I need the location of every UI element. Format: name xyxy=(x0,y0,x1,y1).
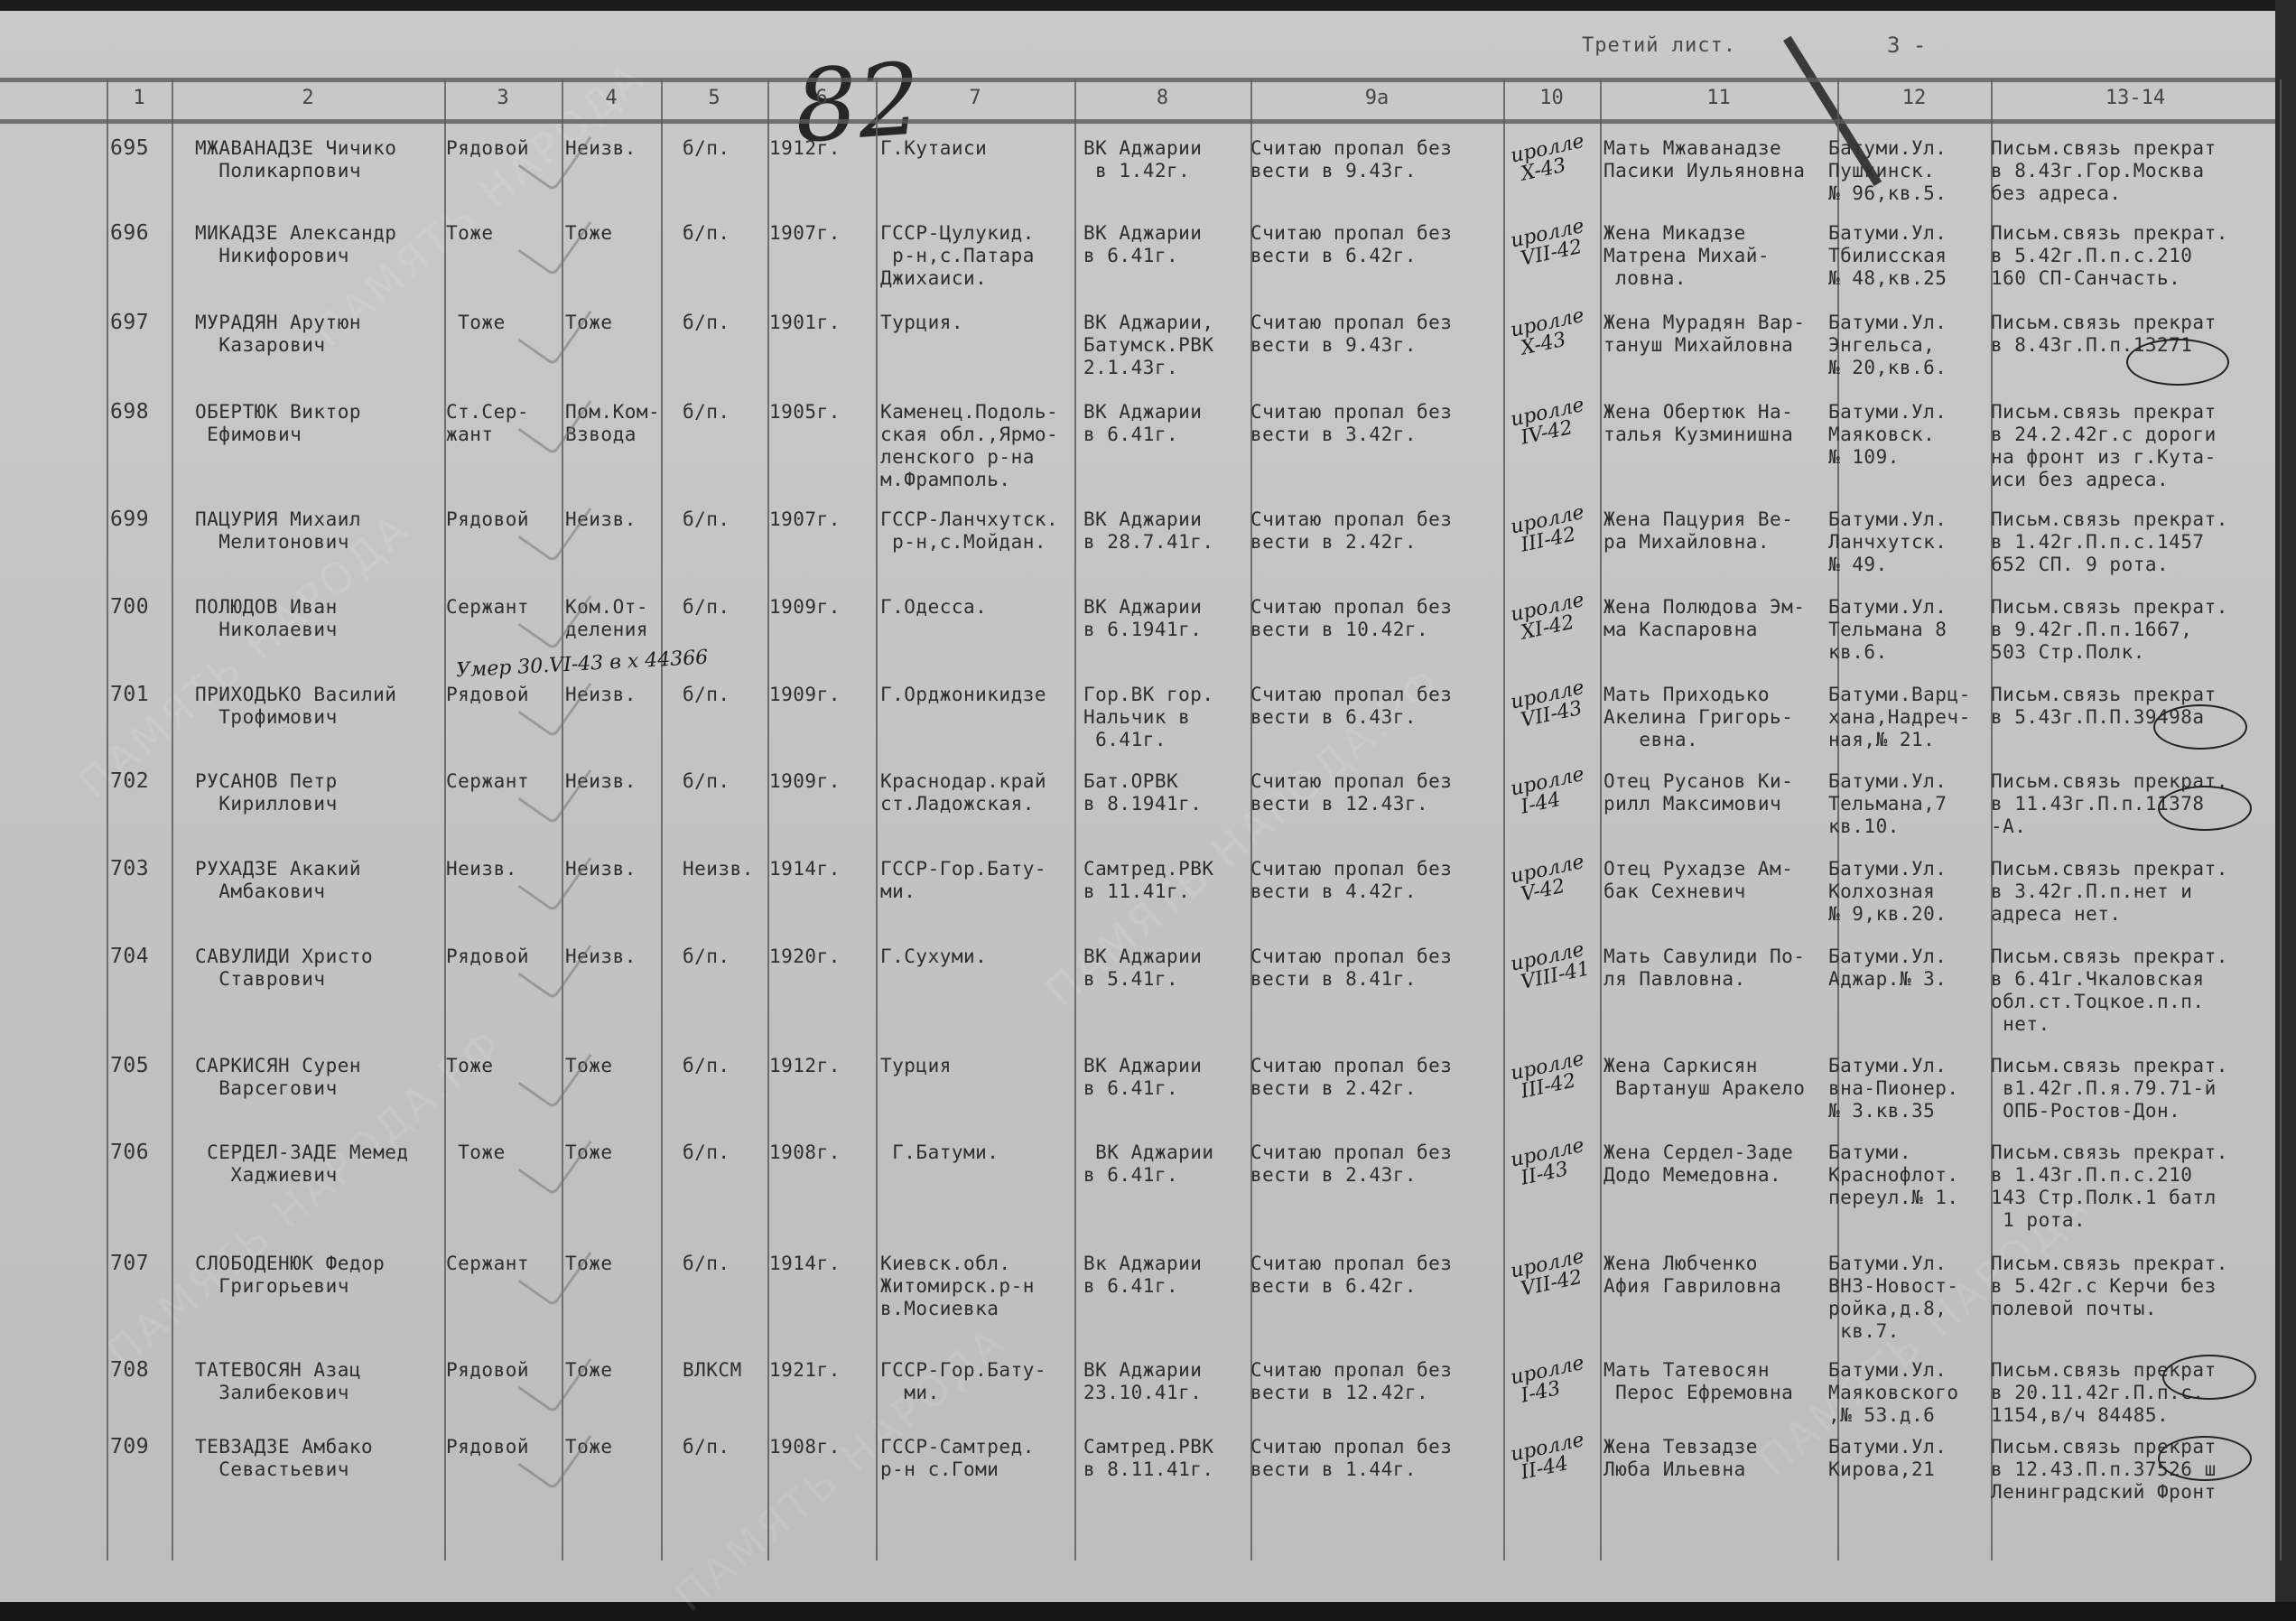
soldier-name: РУХАДЗЕ Акакий Амбакович xyxy=(195,858,361,903)
birthplace: ГССР-Самтред. р-н с.Гоми xyxy=(880,1436,1035,1481)
rank: Рядовой xyxy=(446,137,529,160)
missing-status: Считаю пропал без вести в 12.43г. xyxy=(1250,770,1452,815)
missing-status: Считаю пропал без вести в 6.42г. xyxy=(1250,1253,1452,1298)
birthplace: Краснодар.край ст.Ладожская. xyxy=(880,770,1046,815)
party-status: б/п. xyxy=(683,222,730,245)
birth-year: 1909г. xyxy=(769,770,841,793)
correspondence: Письм.связь прекрат. в 1.43г.П.п.с.210 1… xyxy=(1991,1141,2228,1232)
column-header: 9a xyxy=(1250,87,1503,109)
rank: Рядовой xyxy=(446,1359,529,1382)
circled-mark-icon xyxy=(2158,786,2252,831)
party-status: б/п. xyxy=(683,1141,730,1164)
relative: Жена Микадзе Матрена Михай- ловна. xyxy=(1603,222,1770,290)
rank: Ст.Сер- жант xyxy=(446,401,529,446)
column-divider xyxy=(1600,79,1602,1560)
party-status: ВЛКСМ xyxy=(683,1359,742,1382)
relative: Жена Сердел-Заде Додо Мемедовна. xyxy=(1603,1141,1793,1187)
birth-year: 1909г. xyxy=(769,596,841,619)
address: Батуми.Ул. Энгельса, № 20,кв.6. xyxy=(1828,312,1947,379)
party-status: б/п. xyxy=(683,1055,730,1077)
address: Батуми. Краснофлот. переул.№ 1. xyxy=(1828,1141,1959,1209)
birthplace: ГССР-Гор.Бату- ми. xyxy=(880,858,1046,903)
rank: Тоже xyxy=(446,222,494,245)
draft-office: Вк Аджарии в 6.41г. xyxy=(1083,1253,1202,1298)
draft-office: ВК Аджарии в 6.1941г. xyxy=(1083,596,1202,641)
column-header: 3 xyxy=(444,87,562,109)
relative: Жена Мурадян Вар- тануш Михайловна xyxy=(1603,312,1805,357)
scan-border-right xyxy=(2275,0,2296,1621)
circled-mark-icon xyxy=(2126,339,2229,386)
column-header: 4 xyxy=(562,87,661,109)
rank: Рядовой xyxy=(446,684,529,706)
missing-status: Считаю пропал без вести в 4.42г. xyxy=(1250,858,1452,903)
address: Батуми.Ул. Тельмана,7 кв.10. xyxy=(1828,770,1947,838)
address: Батуми.Ул. Тельмана 8 кв.6. xyxy=(1828,596,1947,664)
column-divider xyxy=(172,79,173,1560)
column-header: 13-14 xyxy=(1991,87,2280,109)
rank: Неизв. xyxy=(446,858,517,880)
soldier-name: СЕРДЕЛ-ЗАДЕ Мемед Хаджиевич xyxy=(195,1141,409,1187)
soldier-name: РУСАНОВ Петр Кириллович xyxy=(195,770,338,815)
correspondence: Письм.связь прекрат в 8.43г.Гор.Москва б… xyxy=(1991,137,2217,205)
rank: Сержант xyxy=(446,1253,529,1275)
column-divider xyxy=(661,79,663,1560)
birthplace: ГССР-Цулукид. р-н,с.Патара Джихаиси. xyxy=(880,222,1035,290)
column-divider xyxy=(1074,79,1076,1560)
relative: Жена Пацурия Ве- ра Михайловна. xyxy=(1603,508,1793,554)
birth-year: 1909г. xyxy=(769,684,841,706)
party-status: б/п. xyxy=(683,1253,730,1275)
row-number: 704 xyxy=(110,946,149,968)
birthplace: ГССР-Гор.Бату- ми. xyxy=(880,1359,1046,1404)
party-status: б/п. xyxy=(683,684,730,706)
address: Батуми.Ул. Пушкинск. № 96,кв.5. xyxy=(1828,137,1947,205)
birth-year: 1907г. xyxy=(769,222,841,245)
draft-office: Бат.ОРВК в 8.1941г. xyxy=(1083,770,1202,815)
missing-status: Считаю пропал без вести в 1.44г. xyxy=(1250,1436,1452,1481)
draft-office: ВК Аджарии в 6.41г. xyxy=(1083,222,1202,267)
birthplace: Турция. xyxy=(880,312,963,334)
birth-year: 1908г. xyxy=(769,1436,841,1458)
birth-year: 1914г. xyxy=(769,858,841,880)
header-top-rule xyxy=(0,78,2275,82)
soldier-name: СЛОБОДЕНЮК Федор Григорьевич xyxy=(195,1253,385,1298)
rank: Сержант xyxy=(446,596,529,619)
birth-year: 1905г. xyxy=(769,401,841,424)
header-bottom-rule xyxy=(0,119,2275,124)
birth-year: 1907г. xyxy=(769,508,841,531)
row-number: 705 xyxy=(110,1055,149,1077)
soldier-name: МУРАДЯН Арутюн Казарович xyxy=(195,312,361,357)
missing-status: Считаю пропал без вести в 12.42г. xyxy=(1250,1359,1452,1404)
draft-office: ВК Аджарии в 6.41г. xyxy=(1083,1055,1202,1100)
draft-office: ВК Аджарии, Батумск.РВК 2.1.43г. xyxy=(1083,312,1214,379)
relative: Жена Обертюк На- талья Кузминишна xyxy=(1603,401,1793,446)
relative: Жена Саркисян Вартануш Аракело xyxy=(1603,1055,1805,1100)
birthplace: ГССР-Ланчхутск. р-н,с.Мойдан. xyxy=(880,508,1058,554)
sheet-title: Третий лист. xyxy=(1582,34,1736,57)
missing-status: Считаю пропал без вести в 2.42г. xyxy=(1250,508,1452,554)
column-divider xyxy=(876,79,878,1560)
soldier-name: САВУЛИДИ Христо Ставрович xyxy=(195,946,373,991)
missing-status: Считаю пропал без вести в 8.41г. xyxy=(1250,946,1452,991)
correspondence: Письм.связь прекрат. в 5.42г.с Керчи без… xyxy=(1991,1253,2228,1320)
correspondence: Письм.связь прекрат. в 6.41г.Чкаловская … xyxy=(1991,946,2228,1036)
missing-status: Считаю пропал без вести в 2.42г. xyxy=(1250,1055,1452,1100)
rank: Рядовой xyxy=(446,508,529,531)
row-number: 706 xyxy=(110,1141,149,1164)
address: Батуми.Ул. Маяковск. № 109. xyxy=(1828,401,1947,469)
birth-year: 1921г. xyxy=(769,1359,841,1382)
soldier-name: МИКАДЗЕ Александр Никифорович xyxy=(195,222,396,267)
column-divider xyxy=(107,79,108,1560)
row-number: 701 xyxy=(110,684,149,706)
row-number: 709 xyxy=(110,1436,149,1458)
missing-status: Считаю пропал без вести в 3.42г. xyxy=(1250,401,1452,446)
circled-mark-icon xyxy=(2153,704,2247,750)
row-number: 703 xyxy=(110,858,149,880)
row-number: 699 xyxy=(110,508,149,531)
column-header: 2 xyxy=(172,87,444,109)
relative: Мать Мжаванадзе Пасики Иульяновна xyxy=(1603,137,1805,182)
soldier-name: ТЕВЗАДЗЕ Амбако Севастьевич xyxy=(195,1436,373,1481)
party-status: б/п. xyxy=(683,770,730,793)
draft-office: Гор.ВК гор. Нальчик в 6.41г. xyxy=(1083,684,1214,751)
relative: Жена Тевзадзе Люба Ильевна xyxy=(1603,1436,1758,1481)
soldier-name: ПРИХОДЬКО Василий Трофимович xyxy=(195,684,396,729)
column-header: 6 xyxy=(767,87,876,109)
column-divider xyxy=(1503,79,1505,1560)
correspondence: Письм.связь прекрат. в1.42г.П.я.79.71-й … xyxy=(1991,1055,2228,1123)
correspondence: Письм.связь прекрат. в 5.42г.П.п.с.210 1… xyxy=(1991,222,2228,290)
party-status: б/п. xyxy=(683,508,730,531)
soldier-name: ПАЦУРИЯ Михаил Мелитонович xyxy=(195,508,361,554)
relative: Мать Татевосян Перос Ефремовна xyxy=(1603,1359,1793,1404)
address: Батуми.Ул. Аджар.№ 3. xyxy=(1828,946,1947,991)
scan-border-bottom xyxy=(0,1602,2296,1621)
column-header: 12 xyxy=(1837,87,1991,109)
column-header: 11 xyxy=(1600,87,1837,109)
rank: Тоже xyxy=(446,312,506,334)
draft-office: ВК Аджарии в 6.41г. xyxy=(1083,1141,1214,1187)
relative: Отец Рухадзе Ам- бак Сехневич xyxy=(1603,858,1793,903)
row-number: 698 xyxy=(110,401,149,424)
party-status: б/п. xyxy=(683,137,730,160)
birthplace: Г.Одесса. xyxy=(880,596,987,619)
sheet-number: 3 - xyxy=(1887,33,1926,58)
circled-mark-icon xyxy=(2158,1436,2252,1481)
soldier-name: ТАТЕВОСЯН Азац Залибекович xyxy=(195,1359,361,1404)
row-number: 707 xyxy=(110,1253,149,1275)
relative: Мать Приходько Акелина Григорь- евна. xyxy=(1603,684,1793,751)
birthplace: Г.Батуми. xyxy=(880,1141,999,1164)
party-status: Неизв. xyxy=(683,858,754,880)
birth-year: 1912г. xyxy=(769,137,841,160)
draft-office: ВК Аджарии в 6.41г. xyxy=(1083,401,1202,446)
correspondence: Письм.связь прекрат. в 1.42г.П.п.с.1457 … xyxy=(1991,508,2228,576)
row-number: 700 xyxy=(110,596,149,619)
column-divider xyxy=(767,79,769,1560)
address: Батуми.Ул. Кирова,21 xyxy=(1828,1436,1947,1481)
party-status: б/п. xyxy=(683,946,730,968)
party-status: б/п. xyxy=(683,312,730,334)
birthplace: Г.Сухуми. xyxy=(880,946,987,968)
missing-status: Считаю пропал без вести в 10.42г. xyxy=(1250,596,1452,641)
relative: Мать Савулиди По- ля Павловна. xyxy=(1603,946,1805,991)
row-number: 695 xyxy=(110,137,149,160)
address: Батуми.Ул. вна-Пионер. № 3.кв.35 xyxy=(1828,1055,1959,1123)
missing-status: Считаю пропал без вести в 9.43г. xyxy=(1250,137,1452,182)
draft-office: ВК Аджарии 23.10.41г. xyxy=(1083,1359,1202,1404)
soldier-name: ОБЕРТЮК Виктор Ефимович xyxy=(195,401,361,446)
column-divider xyxy=(444,79,446,1560)
birthplace: Каменец.Подоль- ская обл.,Ярмо- ленского… xyxy=(880,401,1058,491)
rank: Сержант xyxy=(446,770,529,793)
address: Батуми.Ул. Колхозная № 9,кв.20. xyxy=(1828,858,1947,926)
column-header: 1 xyxy=(107,87,172,109)
column-divider xyxy=(2280,79,2282,1560)
row-number: 697 xyxy=(110,312,149,334)
column-header: 10 xyxy=(1503,87,1600,109)
birth-year: 1908г. xyxy=(769,1141,841,1164)
draft-office: ВК Аджарии в 1.42г. xyxy=(1083,137,1202,182)
address: Батуми.Ул. Маяковского ,№ 53.д.6 xyxy=(1828,1359,1959,1427)
rank: Рядовой xyxy=(446,946,529,968)
party-status: б/п. xyxy=(683,401,730,424)
rank: Тоже xyxy=(446,1055,494,1077)
missing-status: Считаю пропал без вести в 9.43г. xyxy=(1250,312,1452,357)
row-number: 708 xyxy=(110,1359,149,1382)
soldier-name: САРКИСЯН Сурен Варсегович xyxy=(195,1055,361,1100)
correspondence: Письм.связь прекрат. в 3.42г.П.п.нет и а… xyxy=(1991,858,2228,926)
rank: Рядовой xyxy=(446,1436,529,1458)
correspondence: Письм.связь прекрат. в 9.42г.П.п.1667, 5… xyxy=(1991,596,2228,664)
birth-year: 1901г. xyxy=(769,312,841,334)
row-number: 702 xyxy=(110,770,149,793)
column-header: 7 xyxy=(876,87,1074,109)
party-status: б/п. xyxy=(683,1436,730,1458)
row-number: 696 xyxy=(110,222,149,245)
birthplace: Г.Орджоникидзе xyxy=(880,684,1046,706)
draft-office: Самтред.РВК в 8.11.41г. xyxy=(1083,1436,1214,1481)
soldier-name: ПОЛЮДОВ Иван Николаевич xyxy=(195,596,338,641)
birthplace: Турция xyxy=(880,1055,952,1077)
missing-status: Считаю пропал без вести в 2.43г. xyxy=(1250,1141,1452,1187)
correspondence: Письм.связь прекрат в 24.2.42г.с дороги … xyxy=(1991,401,2217,491)
address: Батуми.Ул. ВНЗ-Новост- ройка,д.8, кв.7. xyxy=(1828,1253,1959,1343)
address: Батуми.Варц- хана,Надреч- ная,№ 21. xyxy=(1828,684,1971,751)
birth-year: 1912г. xyxy=(769,1055,841,1077)
birthplace: Г.Кутаиси xyxy=(880,137,987,160)
rank: Тоже xyxy=(446,1141,506,1164)
draft-office: ВК Аджарии в 5.41г. xyxy=(1083,946,1202,991)
address: Батуми.Ул. Тбилисская № 48,кв.25 xyxy=(1828,222,1947,290)
column-header: 5 xyxy=(661,87,767,109)
address: Батуми.Ул. Ланчхутск. № 49. xyxy=(1828,508,1947,576)
draft-office: ВК Аджарии в 28.7.41г. xyxy=(1083,508,1214,554)
column-header: 8 xyxy=(1074,87,1250,109)
soldier-name: МЖАВАНАДЗЕ Чичико Поликарпович xyxy=(195,137,396,182)
party-status: б/п. xyxy=(683,596,730,619)
birth-year: 1914г. xyxy=(769,1253,841,1275)
relative: Жена Любченко Афия Гавриловна xyxy=(1603,1253,1781,1298)
circled-mark-icon xyxy=(2162,1355,2256,1400)
birthplace: Киевск.обл. Житомирск.р-н в.Мосиевка xyxy=(880,1253,1035,1320)
draft-office: Самтред.РВК в 11.41г. xyxy=(1083,858,1214,903)
relative: Отец Русанов Ки- рилл Максимович xyxy=(1603,770,1793,815)
missing-status: Считаю пропал без вести в 6.43г. xyxy=(1250,684,1452,729)
missing-status: Считаю пропал без вести в 6.42г. xyxy=(1250,222,1452,267)
relative: Жена Полюдова Эм- ма Каспаровна xyxy=(1603,596,1805,641)
birth-year: 1920г. xyxy=(769,946,841,968)
column-divider xyxy=(1250,79,1252,1560)
